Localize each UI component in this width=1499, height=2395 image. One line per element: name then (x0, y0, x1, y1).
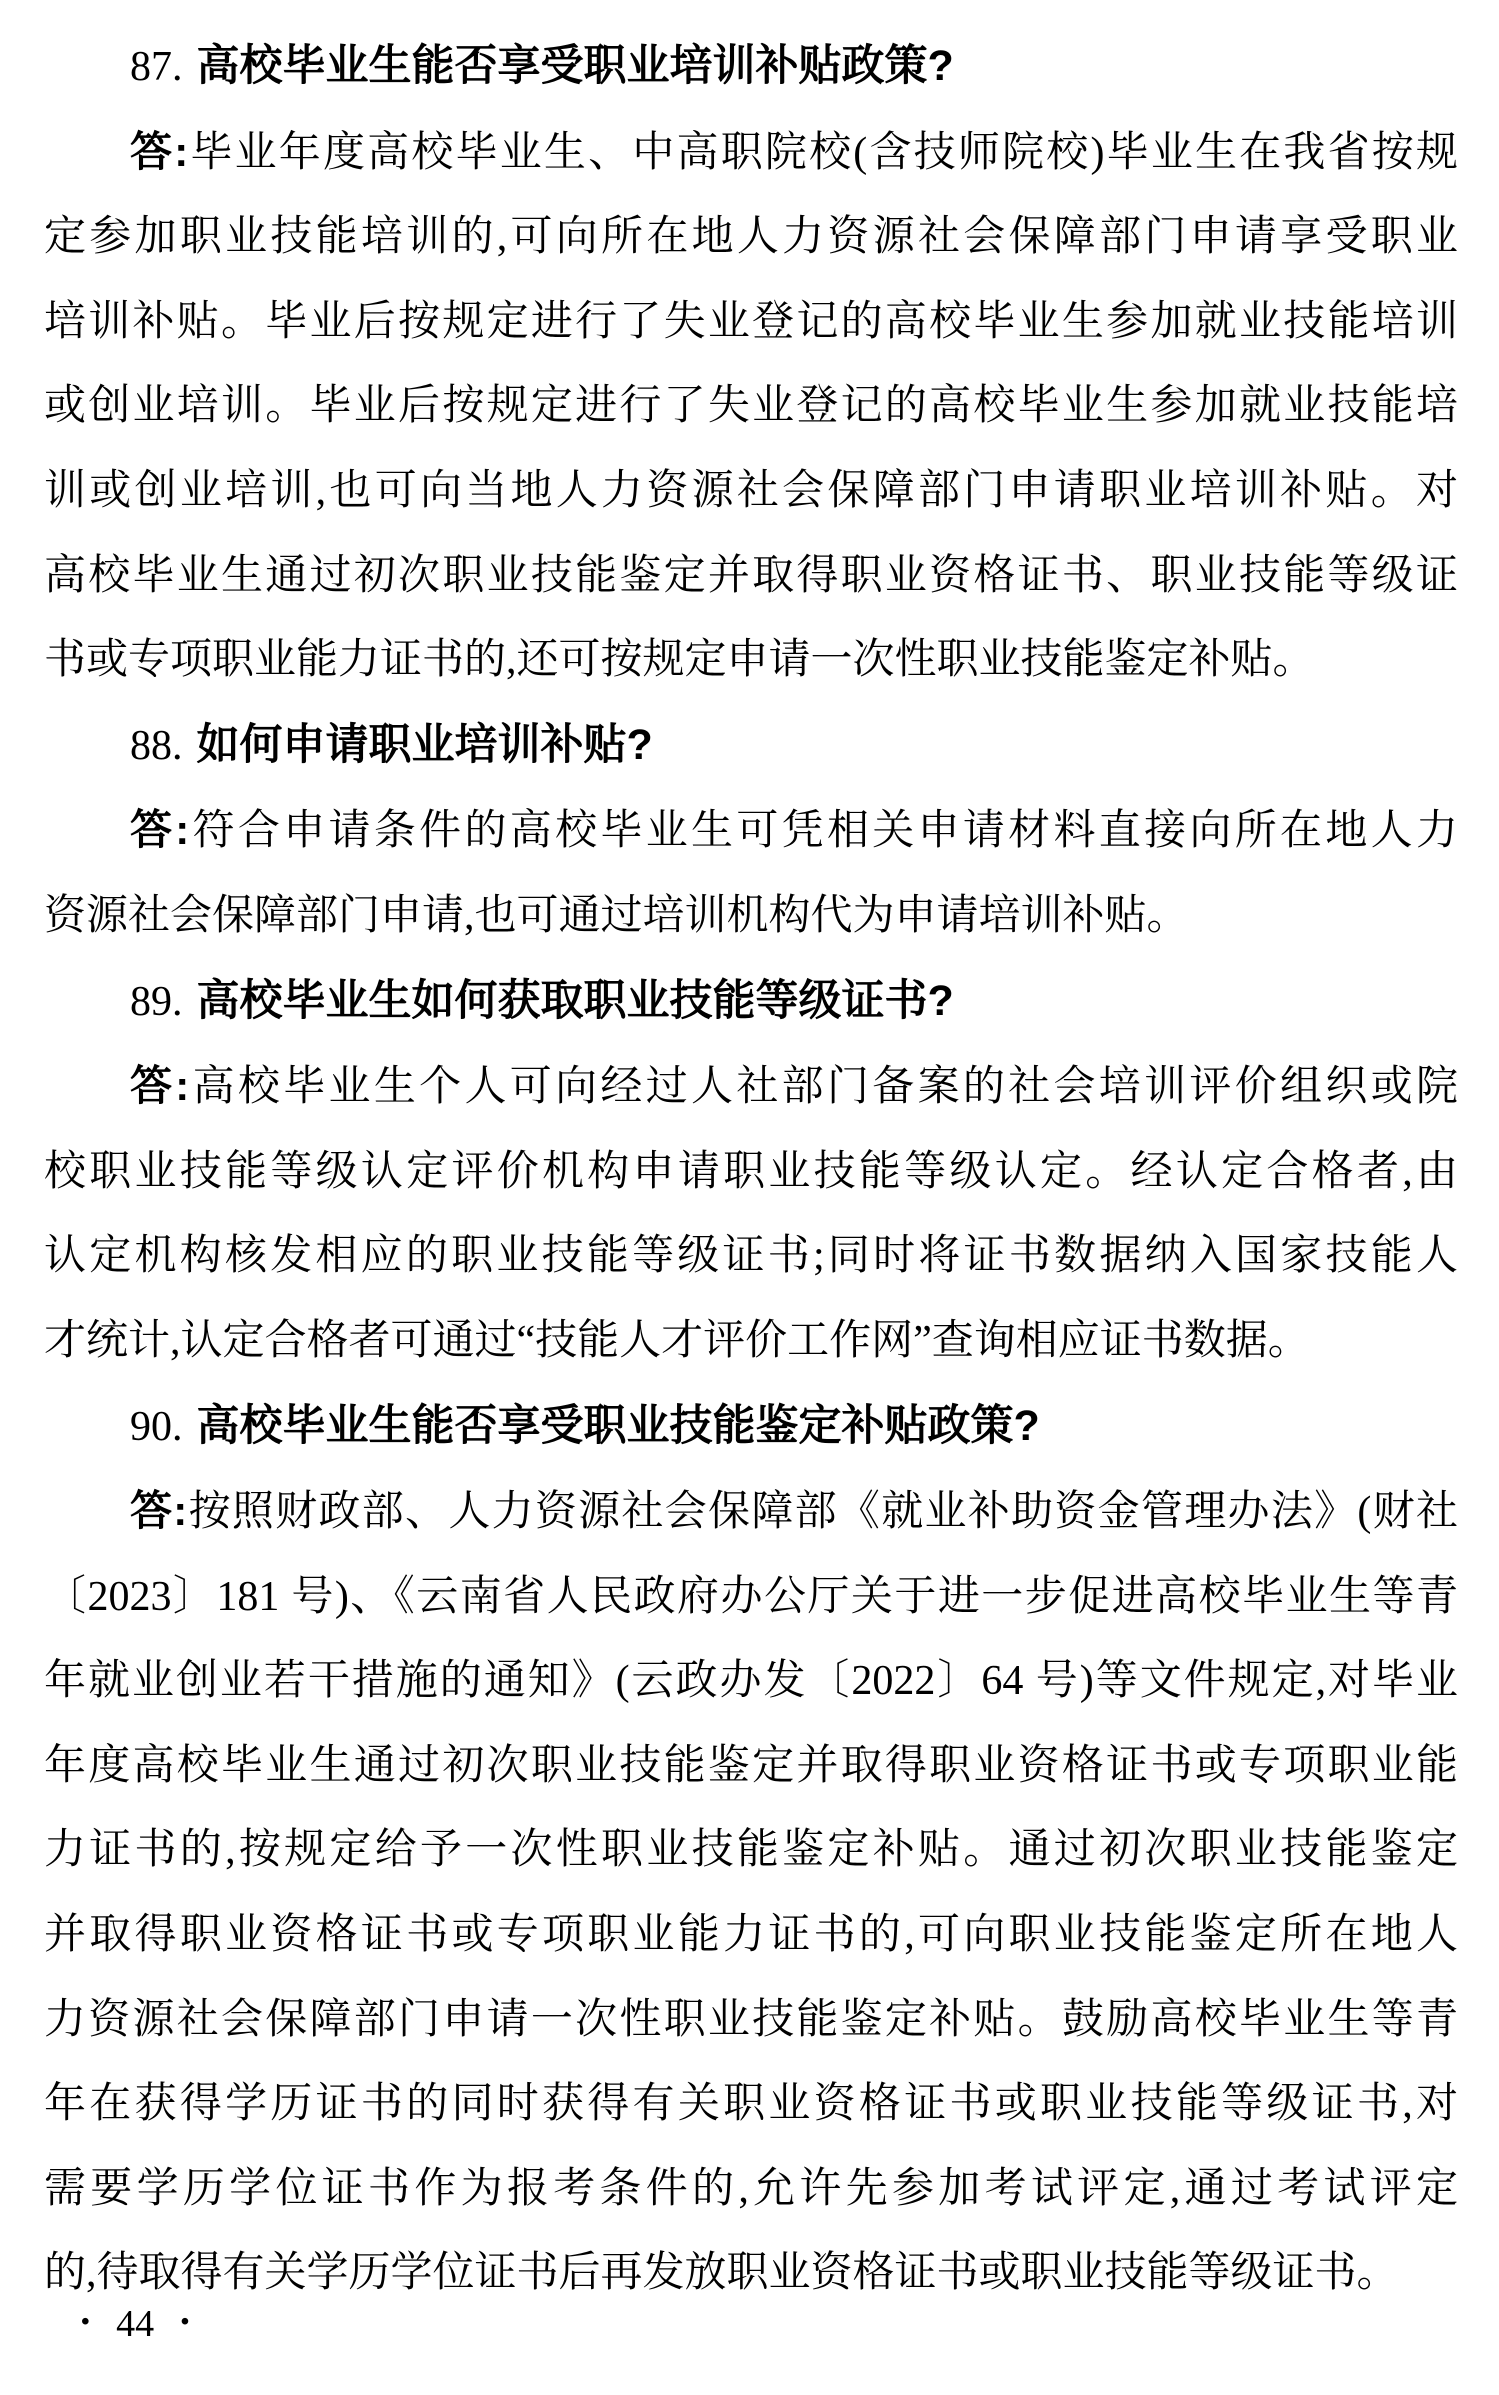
answer-line: 答:按照财政部、人力资源社会保障部《就业补助资金管理办法》(财社 (44, 1469, 1458, 1555)
question-heading: 89.高校毕业生如何获取职业技能等级证书? (44, 959, 1458, 1045)
answer-line-text: 力证书的,按规定给予一次性职业技能鉴定补贴。通过初次职业技能鉴定 (44, 1827, 1458, 1873)
question-number: 89. (130, 979, 183, 1025)
question-title: 高校毕业生能否享受职业技能鉴定补贴政策? (197, 1402, 1040, 1450)
question-number: 87. (130, 44, 183, 90)
answer-line: 答:符合申请条件的高校毕业生可凭相关申请材料直接向所在地人力 (44, 788, 1458, 874)
answer-line-text: 力资源社会保障部门申请一次性职业技能鉴定补贴。鼓励高校毕业生等青 (44, 1997, 1458, 2043)
answer-line-text: 校职业技能等级认定评价机构申请职业技能等级认定。经认定合格者,由 (44, 1149, 1458, 1195)
answer-line: 并取得职业资格证书或专项职业能力证书的,可向职业技能鉴定所在地人 (44, 1893, 1458, 1978)
answer-line: 书或专项职业能力证书的,还可按规定申请一次性职业技能鉴定补贴。 (44, 618, 1458, 703)
answer-line-text: 或创业培训。毕业后按规定进行了失业登记的高校毕业生参加就业技能培 (44, 383, 1458, 429)
answer-line-text: 高校毕业生个人可向经过人社部门备案的社会培训评价组织或院 (189, 1064, 1458, 1110)
answer-line: 高校毕业生通过初次职业技能鉴定并取得职业资格证书、职业技能等级证 (44, 534, 1458, 619)
answer-line: 或创业培训。毕业后按规定进行了失业登记的高校毕业生参加就业技能培 (44, 364, 1458, 449)
question-number: 88. (130, 723, 183, 769)
answer-line: 训或创业培训,也可向当地人力资源社会保障部门申请职业培训补贴。对 (44, 449, 1458, 534)
question-title: 如何申请职业培训补贴? (197, 721, 653, 769)
answer-label: 答: (130, 1487, 187, 1534)
answer-line: 定参加职业技能培训的,可向所在地人力资源社会保障部门申请享受职业 (44, 195, 1458, 280)
answer-line: 培训补贴。毕业后按规定进行了失业登记的高校毕业生参加就业技能培训 (44, 280, 1458, 365)
answer-line-text: 才统计,认定合格者可通过“技能人才评价工作网”查询相应证书数据。 (44, 1318, 1310, 1364)
answer-line-text: 年就业创业若干措施的通知》(云政办发〔2022〕64 号)等文件规定,对毕业 (44, 1658, 1458, 1704)
answer-line: 年在获得学历证书的同时获得有关职业资格证书或职业技能等级证书,对 (44, 2062, 1458, 2147)
answer-line-text: 毕业年度高校毕业生、中高职院校(含技师院校)毕业生在我省按规 (188, 130, 1458, 176)
answer-label: 答: (130, 128, 188, 175)
answer-line-text: 资源社会保障部门申请,也可通过培训机构代为申请培训补贴。 (44, 893, 1189, 939)
answer-line-text: 需要学历学位证书作为报考条件的,允许先参加考试评定,通过考试评定 (44, 2166, 1458, 2212)
answer-line: 答:高校毕业生个人可向经过人社部门备案的社会培训评价组织或院 (44, 1044, 1458, 1130)
page-number-value: 44 (116, 2298, 154, 2350)
answer-line: 年就业创业若干措施的通知》(云政办发〔2022〕64 号)等文件规定,对毕业 (44, 1639, 1458, 1724)
answer-line-text: 按照财政部、人力资源社会保障部《就业补助资金管理办法》(财社 (187, 1489, 1458, 1535)
document-content: 87.高校毕业生能否享受职业培训补贴政策?答:毕业年度高校毕业生、中高职院校(含… (44, 24, 1458, 2316)
answer-line: 年度高校毕业生通过初次职业技能鉴定并取得职业资格证书或专项职业能 (44, 1724, 1458, 1809)
answer-line: 答:毕业年度高校毕业生、中高职院校(含技师院校)毕业生在我省按规 (44, 110, 1458, 196)
page-number-dot-left: · (76, 2296, 95, 2348)
answer-label: 答: (130, 806, 189, 853)
question-heading: 90.高校毕业生能否享受职业技能鉴定补贴政策? (44, 1384, 1458, 1470)
question-title: 高校毕业生如何获取职业技能等级证书? (197, 977, 954, 1025)
answer-line: 校职业技能等级认定评价机构申请职业技能等级认定。经认定合格者,由 (44, 1130, 1458, 1215)
answer-line-text: 并取得职业资格证书或专项职业能力证书的,可向职业技能鉴定所在地人 (44, 1912, 1458, 1958)
answer-line: 需要学历学位证书作为报考条件的,允许先参加考试评定,通过考试评定 (44, 2147, 1458, 2232)
answer-line: 力证书的,按规定给予一次性职业技能鉴定补贴。通过初次职业技能鉴定 (44, 1808, 1458, 1893)
document-page: 87.高校毕业生能否享受职业培训补贴政策?答:毕业年度高校毕业生、中高职院校(含… (0, 0, 1499, 2395)
answer-line-text: 的,待取得有关学历学位证书后再发放职业资格证书或职业技能等级证书。 (44, 2250, 1399, 2296)
answer-line-text: 定参加职业技能培训的,可向所在地人力资源社会保障部门申请享受职业 (44, 214, 1458, 260)
answer-line: 力资源社会保障部门申请一次性职业技能鉴定补贴。鼓励高校毕业生等青 (44, 1978, 1458, 2063)
answer-line-text: 书或专项职业能力证书的,还可按规定申请一次性职业技能鉴定补贴。 (44, 637, 1315, 683)
answer-line-text: 训或创业培训,也可向当地人力资源社会保障部门申请职业培训补贴。对 (44, 468, 1458, 514)
answer-line: 的,待取得有关学历学位证书后再发放职业资格证书或职业技能等级证书。 (44, 2231, 1458, 2316)
question-heading: 88.如何申请职业培训补贴? (44, 703, 1458, 789)
page-footer: · 44 · (76, 2296, 194, 2350)
page-number-dot-right: · (176, 2296, 195, 2348)
answer-line-text: 认定机构核发相应的职业技能等级证书;同时将证书数据纳入国家技能人 (44, 1233, 1458, 1279)
question-number: 90. (130, 1404, 183, 1450)
answer-line: 才统计,认定合格者可通过“技能人才评价工作网”查询相应证书数据。 (44, 1299, 1458, 1384)
answer-line: 〔2023〕181 号)、《云南省人民政府办公厅关于进一步促进高校毕业生等青 (44, 1555, 1458, 1640)
answer-line-text: 年在获得学历证书的同时获得有关职业资格证书或职业技能等级证书,对 (44, 2081, 1458, 2127)
answer-label: 答: (130, 1062, 189, 1109)
question-heading: 87.高校毕业生能否享受职业培训补贴政策? (44, 24, 1458, 110)
answer-line: 资源社会保障部门申请,也可通过培训机构代为申请培训补贴。 (44, 874, 1458, 959)
answer-line-text: 符合申请条件的高校毕业生可凭相关申请材料直接向所在地人力 (189, 808, 1458, 854)
answer-line-text: 〔2023〕181 号)、《云南省人民政府办公厅关于进一步促进高校毕业生等青 (44, 1574, 1458, 1620)
answer-line-text: 年度高校毕业生通过初次职业技能鉴定并取得职业资格证书或专项职业能 (44, 1743, 1458, 1789)
question-title: 高校毕业生能否享受职业培训补贴政策? (197, 42, 954, 90)
answer-line-text: 高校毕业生通过初次职业技能鉴定并取得职业资格证书、职业技能等级证 (44, 553, 1458, 599)
answer-line-text: 培训补贴。毕业后按规定进行了失业登记的高校毕业生参加就业技能培训 (44, 299, 1458, 345)
answer-line: 认定机构核发相应的职业技能等级证书;同时将证书数据纳入国家技能人 (44, 1214, 1458, 1299)
